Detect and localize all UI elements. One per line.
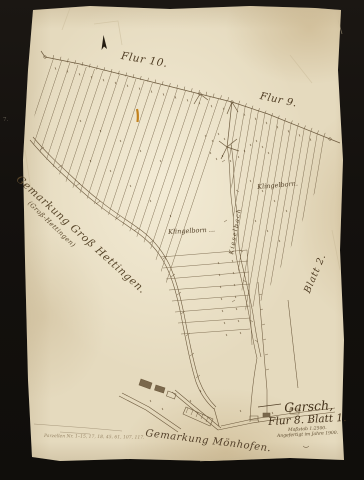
parcel-ladder-south: [161, 250, 252, 345]
stream-lines: [222, 145, 261, 422]
scanned-map-page: 7.: [0, 0, 364, 480]
southeast-boundaries: [258, 282, 298, 417]
parcel-strips-east: [205, 105, 324, 337]
orange-mark: [137, 109, 138, 122]
north-arrow-icon: [102, 35, 108, 50]
parcel-strips-west: [0, 59, 227, 287]
